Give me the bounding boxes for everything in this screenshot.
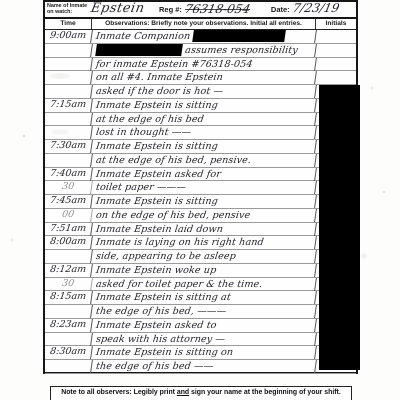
time-cell [44, 333, 93, 346]
name-label-line2: on watch: [47, 9, 72, 15]
log-row: speak with his attorney — [45, 333, 356, 347]
time-cell [44, 154, 93, 167]
time-cell: 8:12am [44, 264, 93, 277]
observation-text: speak with his attorney — [95, 334, 226, 345]
log-row: lost in thought —— [45, 126, 356, 140]
observer-note-box: Note to all observers: Legibly print and… [50, 386, 352, 400]
note-text-pre: Note to all observers: Legibly print [61, 389, 177, 396]
observation-text: for inmate Epstein #76318-054 [95, 59, 253, 70]
redaction-bar [193, 30, 287, 42]
observation-cell: asked for toilet paper & the time. [91, 278, 317, 291]
column-header-initials: Initials [316, 19, 356, 29]
observation-cell: Inmate Epstein is sitting [91, 195, 317, 208]
time-cell: 7:51am [44, 223, 93, 236]
observation-text: asked for toilet paper & the time. [95, 279, 263, 290]
log-row: at the edge of his bed, pensive. [45, 154, 356, 168]
observation-text: Inmate Epstein is sitting on [95, 347, 234, 358]
observation-text: Inmate Epstein is sitting [95, 100, 218, 111]
name-of-inmate-label: Name of Inmate on watch: [45, 3, 89, 16]
log-row: the edge of his bed, ——— [45, 305, 356, 319]
time-cell: 8:15am [44, 291, 93, 304]
log-row: asked if the door is hot — [45, 85, 356, 99]
observation-cell: at the edge of his bed, pensive. [91, 154, 317, 167]
observation-text: Inmate Companion [95, 31, 191, 42]
time-cell: 30 [44, 181, 93, 194]
log-row: 9:00am Inmate Companion [45, 30, 356, 44]
log-rows-container: 9:00am Inmate Companion assumes responsi… [45, 30, 356, 374]
time-cell [44, 250, 93, 263]
form-header: Name of Inmate on watch: Epstein Reg #: … [45, 2, 356, 19]
observation-cell: speak with his attorney — [91, 333, 317, 346]
time-cell [44, 85, 93, 98]
log-row: 7:40am Inmate Epstein asked for [45, 168, 356, 182]
observation-text: at the edge of his bed, pensive. [95, 155, 252, 166]
observation-cell: side, appearing to be asleep [91, 250, 317, 263]
time-cell [44, 44, 93, 57]
observation-cell: Inmate Epstein asked to [91, 319, 317, 332]
redaction-bar [95, 43, 183, 55]
log-row: 30 toilet paper ——— [45, 181, 356, 195]
date-label: Date: [271, 5, 290, 14]
time-cell: 7:15am [44, 99, 93, 112]
time-cell: 8:30am [44, 346, 93, 359]
observation-cell: the edge of his bed —— [91, 360, 317, 373]
observation-text: Inmate Epstein is sitting [95, 196, 218, 207]
observation-text: assumes responsibility [184, 45, 298, 56]
log-row: 8:00am Inmate is laying on his right han… [45, 236, 356, 250]
observation-text: the edge of his bed —— [95, 361, 214, 372]
observation-cell: Inmate Epstein asked for [91, 168, 317, 181]
time-cell: 00 [44, 209, 93, 222]
observation-text: Inmate Epstein asked to [95, 320, 217, 331]
observation-text: toilet paper ——— [95, 182, 187, 193]
log-row: 8:15am Inmate Epstein is sitting at [45, 291, 356, 305]
inmate-name-value: Epstein [90, 1, 159, 16]
observation-text: Inmate Epstein woke up [95, 265, 217, 276]
observation-cell: for inmate Epstein #76318-054 [91, 58, 317, 71]
log-row: the edge of his bed —— [45, 360, 356, 374]
time-cell: 8:00am [44, 236, 93, 249]
observation-cell: Inmate Epstein woke up [91, 264, 317, 277]
time-cell: 7:30am [44, 140, 93, 153]
column-header-observations: Observations: Briefly note your observat… [92, 19, 316, 29]
initials-cell [316, 71, 356, 84]
column-header-time: Time [45, 19, 92, 29]
observation-cell: Inmate is laying on his right hand [91, 236, 317, 249]
scanned-observation-log-page: Name of Inmate on watch: Epstein Reg #: … [0, 0, 400, 400]
observation-cell: toilet paper ——— [91, 181, 317, 194]
observation-text: asked if the door is hot — [95, 86, 224, 97]
log-row: 00 on the edge of his bed, pensive [45, 209, 356, 223]
log-row: at the edge of his bed [45, 113, 356, 127]
time-cell [44, 113, 93, 126]
observation-text: side, appearing to be asleep [95, 251, 236, 262]
observation-text: at the edge of his bed [95, 114, 204, 125]
observation-cell: the edge of his bed, ——— [91, 305, 317, 318]
observation-cell: Inmate Epstein laid down [91, 223, 317, 236]
time-cell [44, 58, 93, 71]
time-cell [44, 305, 93, 318]
observation-cell: lost in thought —— [91, 126, 317, 139]
observation-text: Inmate Epstein laid down [95, 224, 224, 235]
observation-cell: assumes responsibility [91, 44, 317, 57]
time-cell: 7:40am [44, 168, 93, 181]
log-row: 30 asked for toilet paper & the time. [45, 278, 356, 292]
observation-text: on the edge of his bed, pensive [95, 210, 251, 221]
log-row: side, appearing to be asleep [45, 250, 356, 264]
log-row: on all #4. Inmate Epstein [45, 71, 356, 85]
observation-cell: Inmate Epstein is sitting on [91, 346, 317, 359]
initials-cell [316, 44, 356, 57]
log-row: 7:30am Inmate Epstein is sitting [45, 140, 356, 154]
log-row: 8:30am Inmate Epstein is sitting on [45, 346, 356, 360]
observations-label: Observations: [105, 20, 149, 27]
observation-cell: at the edge of his bed [91, 113, 317, 126]
observation-text: lost in thought —— [95, 127, 192, 138]
observation-cell: asked if the door is hot — [91, 85, 317, 98]
time-cell: 8:23am [44, 319, 93, 332]
reg-number-label: Reg #: [159, 5, 182, 14]
initials-column-redaction-bar [319, 85, 360, 370]
observation-text: Inmate is laying on his right hand [95, 237, 264, 248]
observation-text: Inmate Epstein is sitting at [95, 292, 231, 303]
log-row: 8:23am Inmate Epstein asked to [45, 319, 356, 333]
observation-cell: on all #4. Inmate Epstein [91, 71, 317, 84]
date-value: 7/23/19 [291, 1, 340, 15]
time-cell: 7:45am [44, 195, 93, 208]
observation-cell: on the edge of his bed, pensive [91, 209, 317, 222]
initials-cell [316, 30, 356, 43]
observation-cell: Inmate Epstein is sitting [91, 99, 317, 112]
time-cell [44, 360, 93, 373]
log-row: 7:45am Inmate Epstein is sitting [45, 195, 356, 209]
observation-text: on all #4. Inmate Epstein [95, 72, 223, 83]
log-row: for inmate Epstein #76318-054 [45, 58, 356, 72]
reg-number-value: 76318-054 [183, 2, 272, 16]
note-text-and: and [177, 389, 189, 396]
log-row: 8:12am Inmate Epstein woke up [45, 264, 356, 278]
note-text-post: sign your name at the beginning of your … [189, 389, 341, 396]
log-row: 7:15am Inmate Epstein is sitting [45, 99, 356, 113]
time-cell: 9:00am [44, 30, 93, 43]
time-cell [44, 126, 93, 139]
observation-cell: Inmate Epstein is sitting at [91, 291, 317, 304]
initials-cell [316, 58, 356, 71]
observations-instructions: Briefly note your observations. Initial … [151, 20, 302, 27]
time-cell [44, 71, 93, 84]
observation-cell: Inmate Epstein is sitting [91, 140, 317, 153]
observation-text: Inmate Epstein is sitting [95, 141, 218, 152]
time-cell: 30 [44, 278, 93, 291]
column-headers: Time Observations: Briefly note your obs… [45, 19, 356, 30]
observation-text: the edge of his bed, ——— [95, 306, 227, 317]
log-row: assumes responsibility [45, 44, 356, 58]
observation-log-form: Name of Inmate on watch: Epstein Reg #: … [43, 0, 358, 374]
observation-text: Inmate Epstein asked for [95, 169, 221, 180]
observation-cell: Inmate Companion [91, 30, 317, 43]
log-row: 7:51am Inmate Epstein laid down [45, 223, 356, 237]
